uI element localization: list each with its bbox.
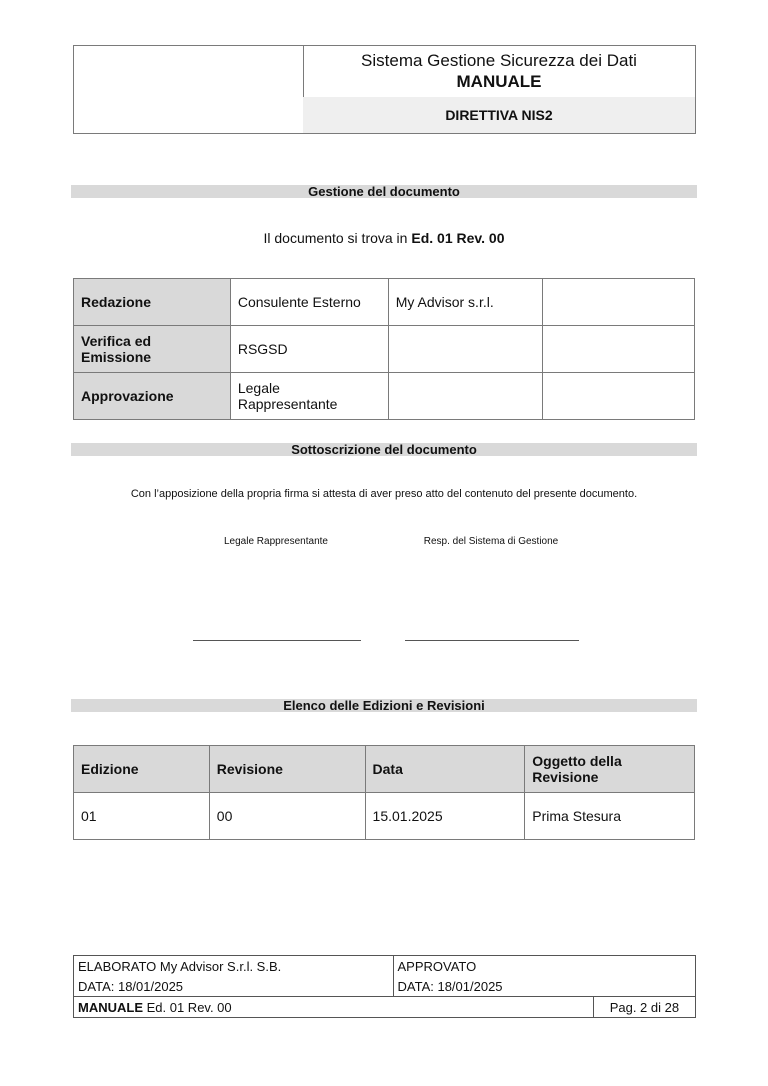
footer-doc-rev: Ed. 01 Rev. 00 xyxy=(143,1000,232,1015)
signer-resp: Resp. del Sistema di Gestione xyxy=(404,536,578,547)
table-cell: 01 xyxy=(74,793,210,840)
column-header: Edizione xyxy=(74,746,210,793)
table-cell: My Advisor s.r.l. xyxy=(388,279,543,326)
document-header: Sistema Gestione Sicurezza dei Dati MANU… xyxy=(73,45,696,134)
system-title: Sistema Gestione Sicurezza dei Dati xyxy=(303,51,695,71)
signature-line-resp xyxy=(405,640,579,641)
header-title-cell: Sistema Gestione Sicurezza dei Dati MANU… xyxy=(303,46,695,98)
section-title-gestione: Gestione del documento xyxy=(71,185,697,198)
section-title-sottoscrizione: Sottoscrizione del documento xyxy=(71,443,697,456)
table-cell xyxy=(388,373,543,420)
table-row: 01 00 15.01.2025 Prima Stesura xyxy=(74,793,695,840)
approvato-label: APPROVATO xyxy=(393,956,696,977)
page-number: Pag. 2 di 28 xyxy=(593,997,695,1018)
document-status: Il documento si trova in Ed. 01 Rev. 00 xyxy=(71,230,697,246)
gestione-table: Redazione Consulente Esterno My Advisor … xyxy=(73,278,695,420)
elaborato-date: DATA: 18/01/2025 xyxy=(74,976,394,997)
status-prefix: Il documento si trova in xyxy=(264,230,412,246)
signature-line-legale xyxy=(193,640,361,641)
table-cell: Legale Rappresentante xyxy=(230,373,388,420)
approvato-date: DATA: 18/01/2025 xyxy=(393,976,696,997)
column-header: Data xyxy=(365,746,525,793)
section-title-edizioni: Elenco delle Edizioni e Revisioni xyxy=(71,699,697,712)
document-footer: ELABORATO My Advisor S.r.l. S.B. APPROVA… xyxy=(73,955,696,1018)
table-row: Approvazione Legale Rappresentante xyxy=(74,373,695,420)
table-cell xyxy=(543,373,695,420)
footer-doc-label: MANUALE xyxy=(78,1000,143,1015)
elaborato-label: ELABORATO My Advisor S.r.l. S.B. xyxy=(74,956,394,977)
table-cell: 00 xyxy=(209,793,365,840)
table-cell: Consulente Esterno xyxy=(230,279,388,326)
status-value: Ed. 01 Rev. 00 xyxy=(411,230,504,246)
doc-subject: DIRETTIVA NIS2 xyxy=(303,97,695,133)
table-cell: Prima Stesura xyxy=(525,793,695,840)
table-header-row: Edizione Revisione Data Oggetto della Re… xyxy=(74,746,695,793)
table-cell: RSGSD xyxy=(230,326,388,373)
doc-type: MANUALE xyxy=(303,71,695,93)
row-label: Redazione xyxy=(74,279,231,326)
row-label: Approvazione xyxy=(74,373,231,420)
table-row: Redazione Consulente Esterno My Advisor … xyxy=(74,279,695,326)
table-cell: 15.01.2025 xyxy=(365,793,525,840)
table-row: Verifica ed Emissione RSGSD xyxy=(74,326,695,373)
logo-area xyxy=(74,46,304,133)
column-header: Oggetto della Revisione xyxy=(525,746,695,793)
table-cell xyxy=(388,326,543,373)
edizioni-table: Edizione Revisione Data Oggetto della Re… xyxy=(73,745,695,840)
table-cell xyxy=(543,279,695,326)
signature-statement: Con l’apposizione della propria firma si… xyxy=(71,488,697,500)
table-cell xyxy=(543,326,695,373)
signer-legale: Legale Rappresentante xyxy=(190,536,362,547)
column-header: Revisione xyxy=(209,746,365,793)
footer-doc-ref: MANUALE Ed. 01 Rev. 00 xyxy=(74,997,594,1018)
row-label: Verifica ed Emissione xyxy=(74,326,231,373)
